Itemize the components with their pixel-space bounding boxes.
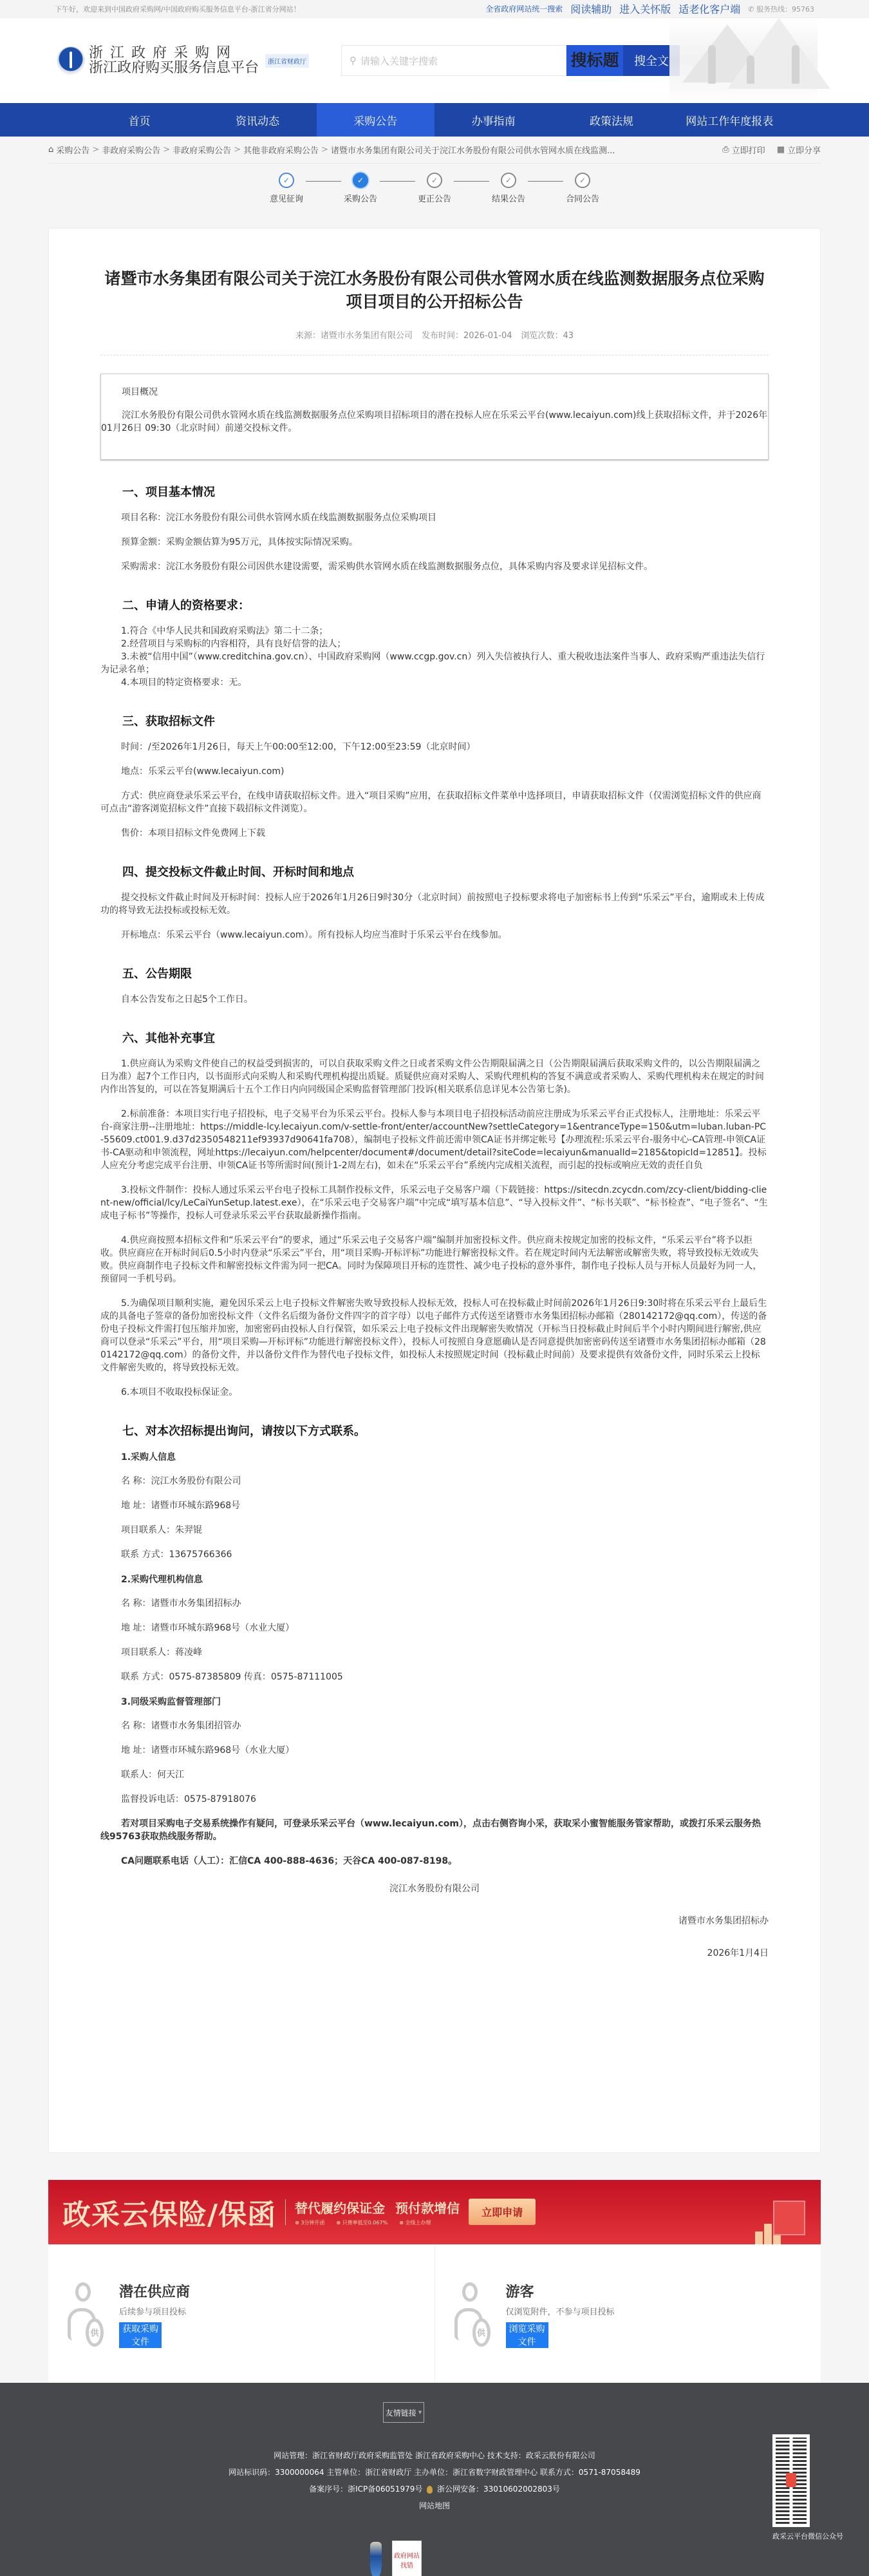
site-logo[interactable]: 浙江政府采购网 浙江政府购买服务信息平台 浙江省财政厅	[57, 46, 309, 75]
notice-progress-steps: ✓意见征询 ✓采购公告 ✓更正公告 ✓结果公告 ✓合同公告	[0, 164, 869, 228]
public-institution-badge[interactable]	[370, 2542, 382, 2576]
check-icon: ✓	[353, 173, 368, 188]
section-contacts: 七、对本次招标提出询问，请按以下方式联系。 1.采购人信息 名 称：浣江水务股份…	[100, 1422, 769, 1868]
logo-title: 浙江政府采购网	[89, 46, 259, 61]
reading-aid-link[interactable]: 阅读辅助	[570, 1, 612, 16]
search-bar: ⚲ 请输入关键字搜索 搜标题 搜全文	[341, 45, 680, 76]
breadcrumb-item[interactable]: 非政府采购公告	[102, 144, 160, 156]
logo-subtitle: 浙江政府购买服务信息平台	[89, 61, 259, 75]
step-contract-notice[interactable]: ✓合同公告	[563, 173, 602, 204]
main-nav: 首页 资讯动态 采购公告 办事指南 政策法规 网站工作年度报表	[0, 103, 869, 137]
chevron-down-icon: ▼	[418, 2410, 422, 2415]
supplier-user-icon: 供	[68, 2282, 106, 2347]
check-icon: ✓	[575, 173, 590, 188]
section-obtain-documents: 三、获取招标文件 时间：/至2026年1月26日，每天上午00:00至12:00…	[100, 712, 769, 840]
section-notice-period: 五、公告期限 自本公告发布之日起5个工作日。	[100, 965, 769, 1006]
nav-procurement-notices[interactable]: 采购公告	[317, 103, 434, 137]
apply-now-button[interactable]: 立即申请	[469, 2199, 536, 2225]
publish-time: 发布时间：2026-01-04	[422, 328, 512, 341]
section-qualifications: 二、申请人的资格要求： 1.符合《中华人民共和国政府采购法》第二十二条； 2.经…	[100, 596, 769, 689]
share-button[interactable]: ▦立即分享	[777, 144, 821, 156]
guest-user-icon: 供	[454, 2282, 493, 2347]
logo-tag: 浙江省财政厅	[265, 54, 309, 68]
banner-title: 政采云保险/保函	[62, 2192, 276, 2233]
document-access-cards: 供 潜在供应商 后续参与项目投标 获取采购文件 供 游客 仅浏览附件，不参与项目…	[48, 2244, 821, 2385]
step-connector	[528, 181, 563, 182]
view-count: 浏览次数：43	[521, 328, 574, 341]
icp-link[interactable]: 备案序号：浙ICP备06051979号	[309, 2485, 422, 2494]
section-basic-info: 一、项目基本情况 项目名称：浣江水务股份有限公司供水管网水质在线监测数据服务点位…	[100, 483, 769, 573]
nav-home[interactable]: 首页	[80, 103, 198, 137]
breadcrumb-item[interactable]: 非政府采购公告	[173, 144, 231, 156]
check-icon: ✓	[501, 173, 516, 188]
printer-icon: ⎙	[722, 145, 729, 155]
footer-management: 网站管理：浙江省财政厅政府采购监管处 浙江省政府采购中心 技术支持：政采云股份有…	[0, 2447, 869, 2464]
project-overview-box: 项目概况 浣江水务股份有限公司供水管网水质在线监测数据服务点位采购项目招标项目的…	[100, 374, 769, 460]
phone-icon: ✆	[748, 5, 756, 14]
sitemap-link[interactable]: 网站地图	[419, 2501, 450, 2510]
step-correction-notice[interactable]: ✓更正公告	[415, 173, 454, 204]
get-documents-button[interactable]: 获取采购文件	[119, 2322, 162, 2348]
nav-news[interactable]: 资讯动态	[198, 103, 316, 137]
article-meta: 来源：诸暨市水务集团有限公司 发布时间：2026-01-04 浏览次数：43	[100, 328, 769, 341]
nav-annual-report[interactable]: 网站工作年度报表	[671, 103, 789, 137]
footer-identity: 网站标识码：3300000064 主管单位：浙江省财政厅 主办单位：浙江省数字财…	[0, 2464, 869, 2481]
wechat-qr: 政采云平台微信公众号	[772, 2434, 843, 2541]
breadcrumb-item[interactable]: 采购公告	[56, 144, 89, 156]
step-connector	[380, 181, 415, 182]
signature-office: 诸暨市水务集团招标办	[100, 1914, 769, 1927]
check-icon: ✓	[279, 173, 294, 188]
breadcrumb-item[interactable]: 其他非政府采购公告	[243, 144, 319, 156]
guest-card: 供 游客 仅浏览附件，不参与项目投标 浏览采购文件	[435, 2244, 821, 2385]
landscape-decoration	[669, 18, 818, 103]
step-result-notice[interactable]: ✓结果公告	[489, 173, 528, 204]
divider	[100, 355, 769, 355]
care-mode-link[interactable]: 进入关怀版	[619, 1, 671, 16]
printer-illustration-icon	[750, 2186, 821, 2244]
insurance-banner[interactable]: 政采云保险/保函 替代履约保证金预付款增信 ⊗ 3分钟开函⊗ 只费率低至0.06…	[48, 2180, 821, 2244]
article: 诸暨市水务集团有限公司关于浣江水务股份有限公司供水管网水质在线监测数据服务点位采…	[48, 228, 821, 2153]
qrcode-icon: ▦	[777, 145, 785, 155]
step-procurement-notice[interactable]: ✓采购公告	[341, 173, 380, 204]
signature-company: 浣江水务股份有限公司	[100, 1882, 769, 1895]
elderly-client-link[interactable]: 适老化客户端	[678, 1, 740, 16]
friend-links-dropdown[interactable]: 友情链接▼	[383, 2402, 424, 2423]
section-other-matters: 六、其他补充事宜 1.供应商认为采购文件使自己的权益受到损害的，可以自获取采购文…	[100, 1029, 769, 1399]
home-icon[interactable]: ⌂	[48, 145, 53, 155]
breadcrumb-current: 诸暨市水务集团有限公司关于浣江水务股份有限公司供水管网水质在线监测...	[331, 144, 615, 156]
signature-date: 2026年1月4日	[100, 1946, 769, 1959]
top-bar: 下午好，欢迎来到中国政府采购网/中国政府购买服务信息平台-浙江省分网站！ 全省政…	[0, 0, 869, 18]
emblem-icon	[57, 46, 85, 75]
site-footer: 友情链接▼ 网站管理：浙江省财政厅政府采购监管处 浙江省政府采购中心 技术支持：…	[0, 2383, 869, 2576]
police-emblem-icon	[427, 2486, 433, 2494]
nav-guide[interactable]: 办事指南	[434, 103, 552, 137]
search-title-button[interactable]: 搜标题	[566, 45, 623, 76]
qrcode-icon	[772, 2434, 810, 2527]
check-icon: ✓	[427, 173, 442, 188]
breadcrumb: ⌂ 采购公告> 非政府采购公告> 非政府采购公告> 其他非政府采购公告> 诸暨市…	[48, 144, 615, 156]
gov-site-error-report-badge[interactable]: 政府网站找错	[392, 2541, 422, 2576]
nav-policy[interactable]: 政策法规	[552, 103, 670, 137]
step-connector	[306, 181, 341, 182]
breadcrumb-bar: ⌂ 采购公告> 非政府采购公告> 非政府采购公告> 其他非政府采购公告> 诸暨市…	[48, 137, 821, 164]
search-input[interactable]: ⚲ 请输入关键字搜索	[341, 45, 566, 76]
source: 来源：诸暨市水务集团有限公司	[295, 328, 413, 341]
divider	[285, 2199, 286, 2225]
footer-record: 备案序号：浙ICP备06051979号 浙公网安备：33010602002803…	[0, 2481, 869, 2497]
step-consultation[interactable]: ✓意见征询	[267, 173, 306, 204]
unified-search-link[interactable]: 全省政府网站统一搜索	[485, 3, 563, 14]
print-button[interactable]: ⎙立即打印	[722, 144, 765, 156]
browse-documents-button[interactable]: 浏览采购文件	[506, 2322, 548, 2348]
search-icon: ⚲	[350, 55, 357, 66]
supplier-card: 供 潜在供应商 后续参与项目投标 获取采购文件	[48, 2244, 435, 2385]
site-header: 浙江政府采购网 浙江政府购买服务信息平台 浙江省财政厅 ⚲ 请输入关键字搜索 搜…	[0, 18, 869, 103]
section-deadline: 四、提交投标文件截止时间、开标时间和地点 提交投标文件截止时间及开标时间：投标人…	[100, 863, 769, 942]
page-title: 诸暨市水务集团有限公司关于浣江水务股份有限公司供水管网水质在线监测数据服务点位采…	[100, 267, 769, 314]
hotline: ✆ 服务热线：95763	[748, 4, 814, 14]
police-record-link[interactable]: 浙公网安备：33010602002803号	[437, 2485, 560, 2494]
step-connector	[454, 181, 489, 182]
check-icon: ⊗ 3分钟开函	[295, 2219, 324, 2226]
welcome-text: 下午好，欢迎来到中国政府采购网/中国政府购买服务信息平台-浙江省分网站！	[55, 4, 301, 14]
